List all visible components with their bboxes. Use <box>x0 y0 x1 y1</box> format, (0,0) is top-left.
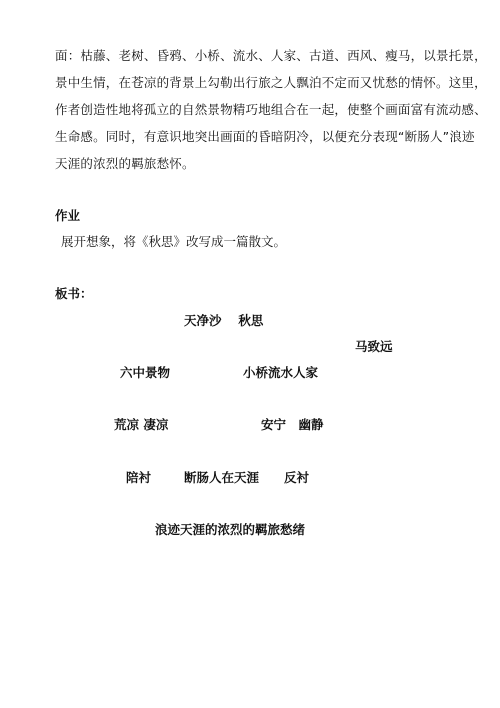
board-heading: 板书： <box>55 284 93 302</box>
homework-text: 展开想象，将《秋思》改写成一篇散文。 <box>61 232 286 250</box>
board-center: 断肠人在天涯 <box>184 468 259 486</box>
board-title: 天净沙 秋思 <box>184 311 263 329</box>
summary-line-4: 生命感。同时，有意识地突出画面的昏暗阴冷，以便充分表现“断肠人”浪迹 <box>55 123 455 150</box>
board-author: 马致远 <box>355 337 393 355</box>
summary-line-1: 面：枯藤、老树、昏鸦、小桥、流水、人家、古道、西风、瘦马，以景托景， <box>55 42 455 69</box>
board-left-relation: 陪衬 <box>126 468 151 486</box>
document-page: 面：枯藤、老树、昏鸦、小桥、流水、人家、古道、西风、瘦马，以景托景， 景中生情，… <box>0 0 500 708</box>
summary-line-3: 作者创造性地将孤立的自然景物精巧地组合在一起，使整个画面富有流动感、 <box>55 96 455 123</box>
homework-heading: 作业 <box>55 206 80 224</box>
summary-line-2: 景中生情，在苍凉的背景上勾勒出行旅之人飘泊不定而又忧愁的情怀。这里， <box>55 69 455 96</box>
board-right-topic: 小桥流水人家 <box>243 363 318 381</box>
board-left-mood: 荒凉 凄凉 <box>114 415 168 433</box>
board-conclusion: 浪迹天涯的浓烈的羁旅愁绪 <box>155 520 305 538</box>
summary-paragraph: 面：枯藤、老树、昏鸦、小桥、流水、人家、古道、西风、瘦马，以景托景， 景中生情，… <box>55 42 455 177</box>
summary-line-5: 天涯的浓烈的羁旅愁怀。 <box>55 150 455 177</box>
board-right-mood: 安宁 幽静 <box>261 415 324 433</box>
board-left-topic: 六中景物 <box>120 363 170 381</box>
board-right-relation: 反衬 <box>284 468 309 486</box>
